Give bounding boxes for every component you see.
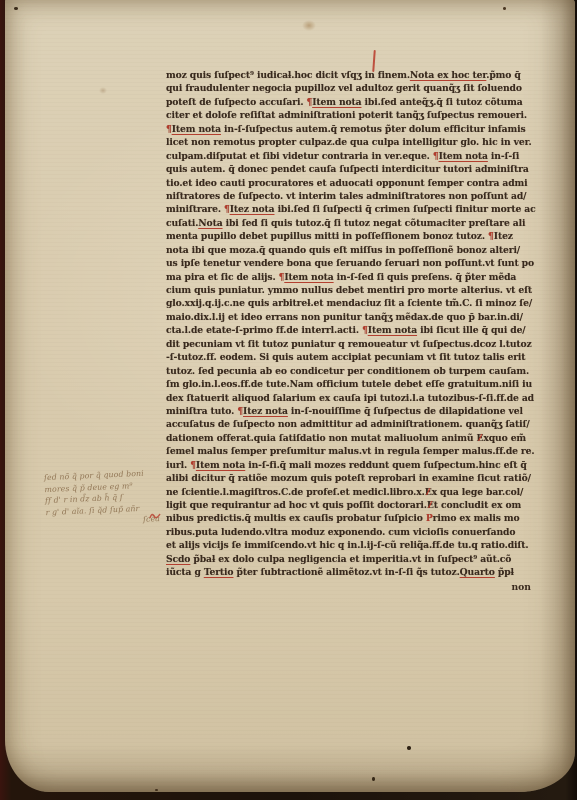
text-line: poteſt de ſuſpecto accuſari. ¶Item nota … [166, 96, 544, 109]
text-segment: in-ſ-ſi [488, 151, 519, 162]
paper-stain [99, 87, 107, 94]
paper-stain [302, 20, 316, 31]
text-segment: cta.l.de etate-ſ-primo ff.de interrl.act… [166, 325, 362, 336]
text-segment: in-ſ-fi.q̄ mali mozes reddunt quem ſuſpe… [245, 460, 527, 471]
text-line: us ipſe tenetur vendere bona que ſeruand… [166, 257, 544, 270]
text-line: maio.dix.l.ij et ideo errans non punitur… [166, 311, 544, 324]
text-segment: P [426, 513, 433, 524]
paper-sheet: ſed nõ q̃ por q̃ quod bonimores q̃ p̃ de… [5, 0, 575, 792]
text-line: licet non remotus propter culpaz.de qua … [166, 136, 544, 149]
text-line: ligit que requirantur ad hoc vt quis poſ… [166, 499, 544, 512]
text-segment: dit pecuniam vt ſit tutoz puniatur q rem… [166, 339, 532, 350]
text-segment: nota ibi que moza.q̄ quando quis eſt miſ… [166, 245, 520, 256]
text-segment: miniſtrare. [166, 204, 224, 215]
text-segment: et alijs vicijs ſe immiſcendo.vt hic q i… [166, 540, 528, 551]
text-line: nota ibi que moza.q̄ quando quis eſt miſ… [166, 244, 544, 257]
paper-speck [503, 7, 506, 10]
text-line: moz quis ſuſpect⁹ iudicaƚ.hoc dicit vſqʒ… [166, 69, 544, 82]
red-marginal-mark-icon [149, 505, 161, 524]
text-line: iũcta g Tertio p̃ter ſubtractionẽ alimẽt… [166, 566, 544, 579]
text-segment: ibi ſed ſi quis tutoz.q̄ ſi tutoz negat … [223, 218, 526, 229]
paper-speck [14, 7, 18, 10]
text-segment: E [427, 499, 434, 512]
text-segment: Item nota [439, 151, 488, 162]
text-line: tio.et ideo cauti procuratores et aduoca… [166, 177, 544, 190]
paper-speck [372, 777, 375, 781]
text-segment: ibi.ſed anteq̃ʒ.q̄ ſi tutoz cõtuma [361, 97, 522, 108]
text-segment: us ipſe tenetur vendere bona que ſeruand… [166, 258, 534, 269]
text-segment: in-ſ-ſuſpectus autem.q̄ remotus p̃ter do… [221, 124, 526, 135]
text-line: ¶Item nota in-ſ-ſuſpectus autem.q̄ remot… [166, 123, 544, 136]
text-segment: Item nota [196, 460, 245, 471]
text-segment: ibi.ſed ſi ſuſpecti q̄ crimen ſuſpecti f… [274, 204, 535, 215]
text-segment: Item nota [312, 97, 361, 108]
text-segment: ribus.puta ludendo.vltra moduz exponendo… [166, 527, 515, 538]
text-line: ma pira et ſic de alijs. ¶Item nota in-ſ… [166, 271, 544, 284]
text-segment: poteſt de ſuſpecto accuſari. [166, 97, 307, 108]
text-segment: dationem offerat.quia ſatiſdatio non mut… [166, 433, 477, 444]
text-line: tutoz. ſed pecunia ab eo condicetur per … [166, 365, 544, 378]
text-line: nibus predictis.q̄ multis ex cauſis prob… [166, 512, 544, 525]
text-segment: Itez nota [243, 406, 288, 417]
text-line: niſtratores de ſuſpecto. vt interim tale… [166, 190, 544, 203]
text-segment: ma pira et ſic de alijs. [166, 272, 279, 283]
text-segment: ibi ſicut ille q̄ qui de/ [417, 325, 526, 336]
text-segment: moz quis ſuſpect⁹ iudicaƚ.hoc dicit vſqʒ… [166, 70, 410, 81]
text-segment: menta pupillo debet pupillus mitti in po… [166, 231, 488, 242]
text-segment: niſtratores de ſuſpecto. vt interim tale… [166, 191, 526, 202]
text-segment: iũcta g [166, 567, 204, 578]
text-segment: licet non remotus propter culpaz.de qua … [166, 137, 532, 148]
text-line: menta pupillo debet pupillus mitti in po… [166, 230, 544, 243]
text-segment: Tertio [204, 567, 234, 578]
text-segment: ne ſcientie.l.magiſtros.C.de profeſ.et m… [166, 487, 425, 498]
text-segment: Nota ex hoc ter [410, 70, 486, 81]
text-segment: accuſatus de ſuſpecto non admittitur ad … [166, 419, 530, 430]
text-line: Scdo p̃baƚ ex dolo culpa negligencia et … [166, 553, 544, 566]
text-segment: xquo em̃ [483, 433, 526, 444]
text-segment: -ſ-tutoz.ff. eodem. Si quis autem accipi… [166, 352, 525, 363]
text-segment: quis autem. q̄ donec pendet cauſa ſuſpec… [166, 164, 529, 175]
text-segment: culpam.diſputat et ſibi videtur contrari… [166, 151, 433, 162]
text-line: qui fraudulenter negocia pupilloz vel ad… [166, 82, 544, 95]
text-segment: tio.et ideo cauti procuratores et aduoca… [166, 178, 528, 189]
text-segment: p̃ter ſubtractionẽ alimẽtoz.vt in-ſ-ſi q… [233, 567, 459, 578]
text-segment: p̃pƚ [495, 567, 514, 578]
text-segment: ligit que requirantur ad hoc vt quis poſ… [166, 500, 427, 511]
text-line: dit pecuniam vt ſit tutoz puniatur q rem… [166, 338, 544, 351]
text-segment: dex ſtatuerit aliquod ſalarium ex cauſa … [166, 393, 534, 404]
text-segment: Item nota [172, 124, 221, 135]
text-line: miniſtrare. ¶Itez nota ibi.ſed ſi ſuſpec… [166, 203, 544, 216]
scanned-book-page: ſed nõ q̃ por q̃ quod bonimores q̃ p̃ de… [0, 0, 577, 800]
text-segment: citer et doloſe reſiſtat adminiſtrationi… [166, 110, 527, 121]
text-segment: alibi dicitur q̄ ratiõe mozum quis poteſ… [166, 473, 531, 484]
text-line: dex ſtatuerit aliquod ſalarium ex cauſa … [166, 392, 544, 405]
text-segment: nibus predictis.q̄ multis ex cauſis prob… [166, 513, 426, 524]
text-segment: tutoz. ſed pecunia ab eo condicetur per … [166, 366, 529, 377]
text-line: alibi dicitur q̄ ratiõe mozum quis poteſ… [166, 472, 544, 485]
text-segment: p̃baƚ ex dolo culpa negligencia et imper… [190, 554, 511, 565]
text-line: cta.l.de etate-ſ-primo ff.de interrl.act… [166, 324, 544, 337]
text-segment: ſemel malus ſemper preſumitur malus.vt i… [166, 446, 534, 457]
paper-speck [155, 789, 158, 791]
text-line: ribus.puta ludendo.vltra moduz exponendo… [166, 526, 544, 539]
text-segment: Nota [198, 218, 222, 229]
text-segment: t concludit ex om [434, 500, 521, 511]
text-segment: maio.dix.l.ij et ideo errans non punitur… [166, 312, 523, 323]
text-segment: in-ſ-nouiſſime q̄ ſuſpectus de dilapidat… [288, 406, 523, 417]
text-segment: cium quis puniatur. ymmo nullus debet me… [166, 285, 532, 296]
catchword: non [166, 581, 544, 594]
text-segment: rimo ex malis mo [433, 513, 520, 524]
text-segment: Itez [494, 231, 513, 242]
text-segment: in-ſ-ſed ſi quis preſens. q̄ p̃ter mẽda [334, 272, 517, 283]
printed-text-block: moz quis ſuſpect⁹ iudicaƚ.hoc dicit vſqʒ… [166, 69, 544, 594]
text-line: cuſati.Nota ibi ſed ſi quis tutoz.q̄ ſi … [166, 217, 544, 230]
text-segment: E [477, 432, 484, 445]
text-segment: Item nota [284, 272, 333, 283]
text-segment: glo.xxij.q.ij.c.ne quis arbitreƚ.et mend… [166, 298, 532, 309]
text-line: citer et doloſe reſiſtat adminiſtrationi… [166, 109, 544, 122]
text-segment: x qua lege bar.col/ [432, 487, 524, 498]
text-segment: cuſati. [166, 218, 198, 229]
text-segment: .p̃mo q̄ [486, 70, 520, 81]
text-line: ne ſcientie.l.magiſtros.C.de profeſ.et m… [166, 486, 544, 499]
text-line: et alijs vicijs ſe immiſcendo.vt hic q i… [166, 539, 544, 552]
text-segment: Itez nota [230, 204, 275, 215]
text-segment: miniſtra tuto. [166, 406, 237, 417]
text-segment: qui fraudulenter negocia pupilloz vel ad… [166, 83, 522, 94]
text-line: quis autem. q̄ donec pendet cauſa ſuſpec… [166, 163, 544, 176]
text-segment: E [425, 486, 432, 499]
text-line: culpam.diſputat et ſibi videtur contrari… [166, 150, 544, 163]
text-line: -ſ-tutoz.ff. eodem. Si quis autem accipi… [166, 351, 544, 364]
text-line: dationem offerat.quia ſatiſdatio non mut… [166, 432, 544, 445]
text-line: glo.xxij.q.ij.c.ne quis arbitreƚ.et mend… [166, 297, 544, 310]
text-line: accuſatus de ſuſpecto non admittitur ad … [166, 418, 544, 431]
text-line: iurl. ¶Item nota in-ſ-fi.q̄ mali mozes r… [166, 459, 544, 472]
paper-speck [407, 746, 411, 750]
text-line: ſm glo.in.l.eos.ff.de tute.Nam officium … [166, 378, 544, 391]
text-line: cium quis puniatur. ymmo nullus debet me… [166, 284, 544, 297]
text-line: miniſtra tuto. ¶Itez nota in-ſ-nouiſſime… [166, 405, 544, 418]
text-line: ſemel malus ſemper preſumitur malus.vt i… [166, 445, 544, 458]
text-segment: Scdo [166, 554, 190, 565]
text-segment: iurl. [166, 460, 190, 471]
text-segment: Item nota [368, 325, 417, 336]
text-segment: ſm glo.in.l.eos.ff.de tute.Nam officium … [166, 379, 532, 390]
text-segment: Quarto [460, 567, 495, 578]
